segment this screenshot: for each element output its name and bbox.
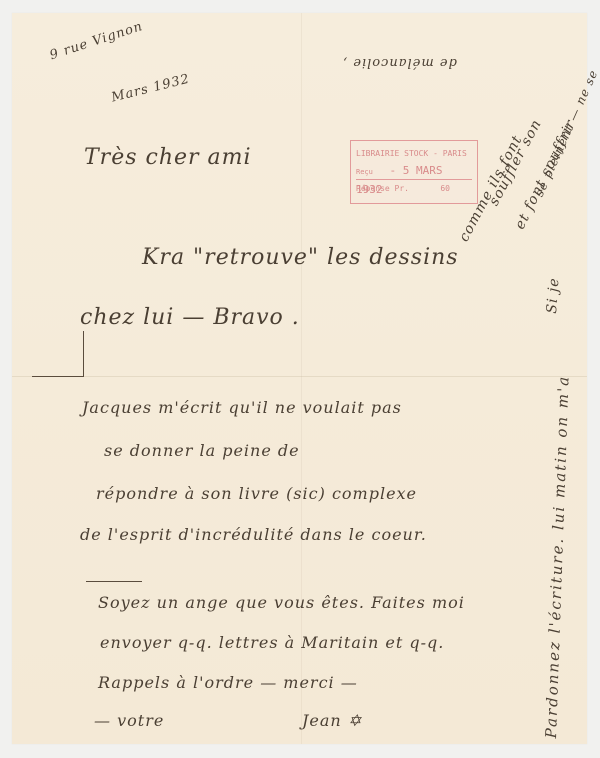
stamp-date-row: Reçu - 5 MARS 1932 bbox=[356, 162, 472, 180]
body-line-2: chez lui — Bravo . bbox=[80, 305, 300, 330]
body-line-6: de l'esprit d'incrédulité dans le coeur. bbox=[80, 525, 427, 544]
stamp-line-1: LIBRAIRIE STOCK - PARIS bbox=[356, 145, 472, 162]
signature: Jean ✡ bbox=[302, 711, 362, 730]
body-line-5: répondre à son livre (sic) complexe bbox=[96, 484, 417, 503]
letter-paper: 9 rue Vignon Mars 1932 de mélancolie , T… bbox=[12, 13, 587, 744]
body-line-9: Rappels à l'ordre — merci — bbox=[98, 673, 358, 692]
address-line: 9 rue Vignon bbox=[48, 19, 145, 63]
margin-note-si-je: Si je bbox=[544, 277, 562, 314]
date-line: Mars 1932 bbox=[110, 72, 191, 106]
divider-stroke bbox=[83, 331, 84, 376]
section-divider-2 bbox=[86, 581, 142, 582]
body-line-4: se donner la peine de bbox=[104, 441, 300, 460]
salutation: Très cher ami bbox=[84, 145, 252, 170]
margin-note-vertical: Pardonnez l'écriture. lui matin on m'a bbox=[542, 375, 573, 739]
body-line-7: Soyez un ange que vous êtes. Faites moi bbox=[98, 593, 465, 612]
received-stamp: LIBRAIRIE STOCK - PARIS Reçu - 5 MARS 19… bbox=[350, 140, 478, 204]
stamp-response-row: Réponse Pr. 60 bbox=[356, 180, 472, 197]
stamp-date-label: Reçu bbox=[356, 168, 373, 176]
top-margin-note: de mélancolie , bbox=[342, 55, 457, 70]
stamp-response-value: 60 bbox=[440, 180, 450, 197]
closing-votre: — votre bbox=[94, 711, 164, 730]
body-line-1: Kra "retrouve" les dessins bbox=[142, 245, 459, 270]
body-line-3: Jacques m'écrit qu'il ne voulait pas bbox=[82, 398, 402, 417]
stamp-response-label: Réponse Pr. bbox=[356, 184, 409, 193]
body-line-8: envoyer q-q. lettres à Maritain et q-q. bbox=[100, 633, 444, 652]
section-divider bbox=[32, 376, 84, 377]
horizontal-fold-line bbox=[12, 376, 587, 377]
margin-note-diag-4: se pleinent — ne se bbox=[532, 67, 600, 198]
